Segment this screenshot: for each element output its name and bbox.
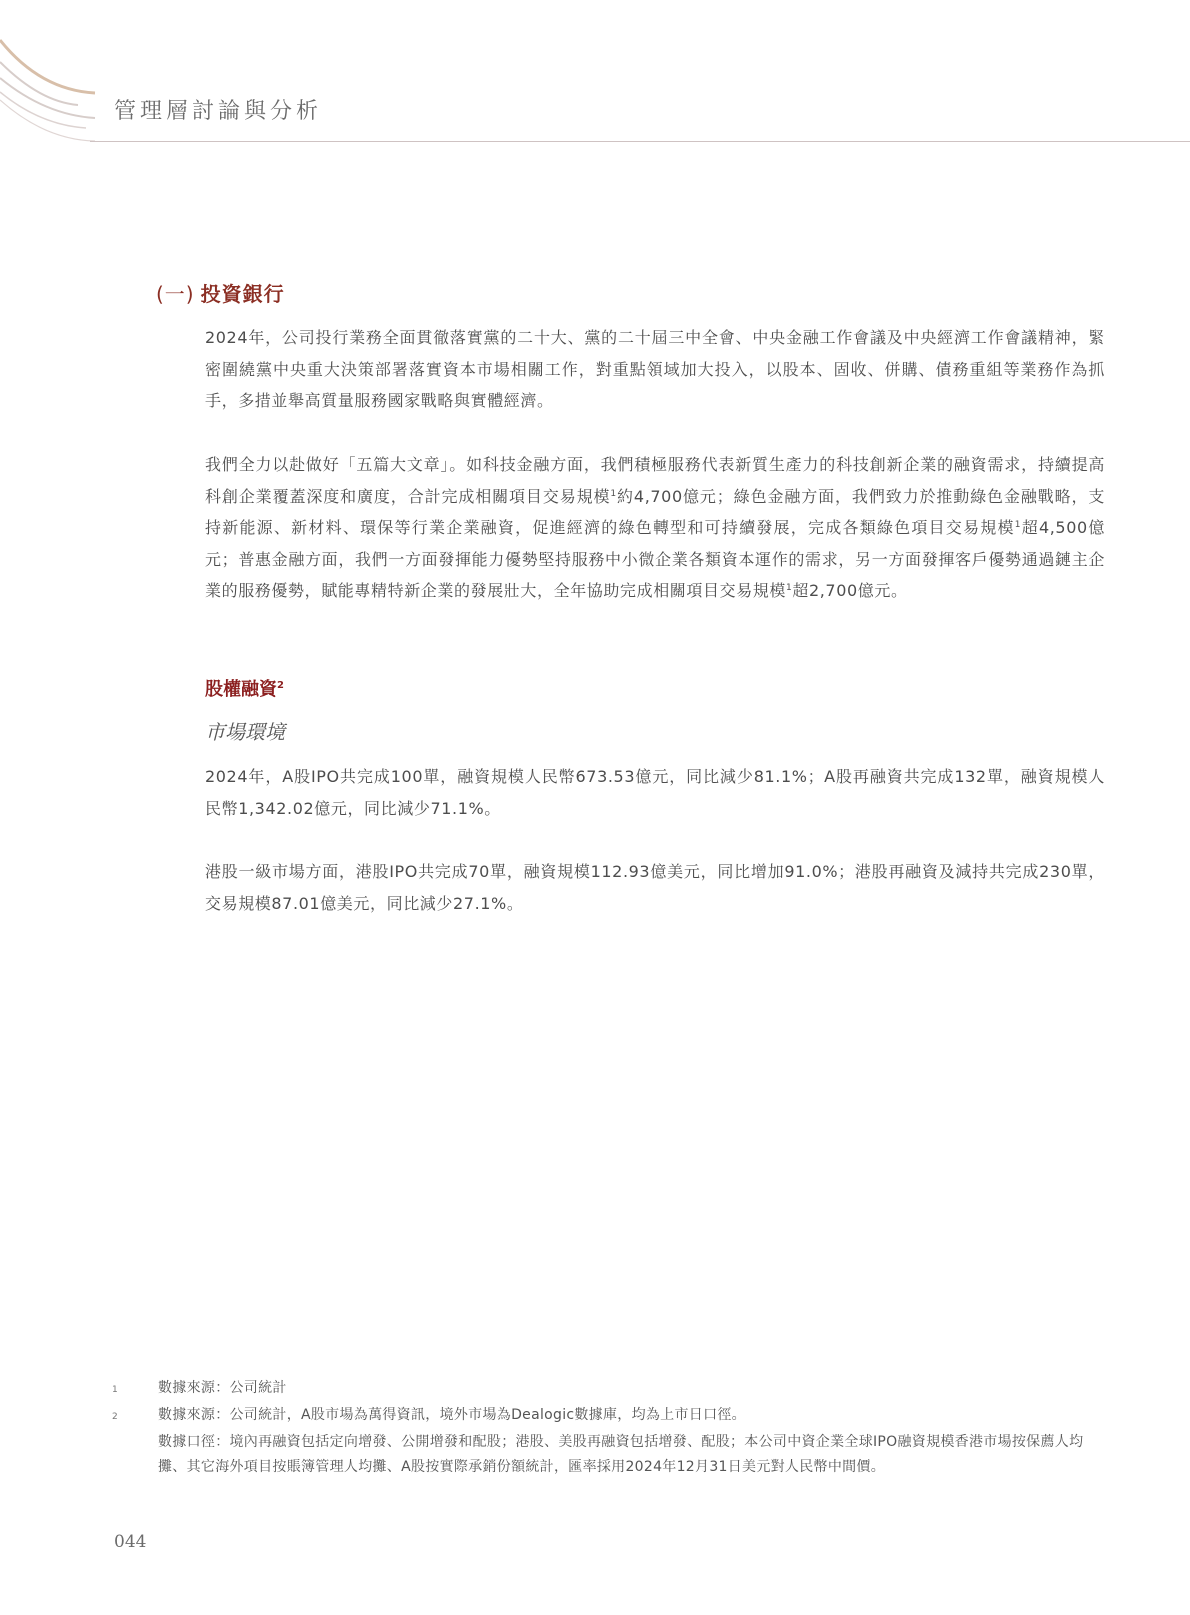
footnote-1: 1 數據來源：公司統計 bbox=[112, 1376, 1107, 1403]
section-title-text: 投資銀行 bbox=[201, 282, 285, 306]
page-header-title: 管理層討論與分析 bbox=[114, 94, 322, 125]
section-title: (一)投資銀行 bbox=[156, 278, 285, 307]
footnote-text: 數據口徑：境內再融資包括定向增發、公開增發和配股；港股、美股再融資包括增發、配股… bbox=[158, 1430, 1107, 1480]
intro-paragraph: 2024年，公司投行業務全面貫徹落實黨的二十大、黨的二十屆三中全會、中央金融工作… bbox=[205, 322, 1105, 417]
footnote-mark: 2 bbox=[112, 1403, 158, 1430]
a-share-paragraph-block: 2024年，A股IPO共完成100單，融資規模人民幣673.53億元，同比減少8… bbox=[205, 761, 1105, 824]
hk-share-paragraph: 港股一級市場方面，港股IPO共完成70單，融資規模112.93億美元，同比增加9… bbox=[205, 856, 1105, 919]
intro-paragraph-block: 2024年，公司投行業務全面貫徹落實黨的二十大、黨的二十屆三中全會、中央金融工作… bbox=[205, 322, 1105, 417]
footnotes: 1 數據來源：公司統計 2 數據來源：公司統計，A股市場為萬得資訊，境外市場為D… bbox=[112, 1376, 1107, 1480]
heading-text: 股權融資 bbox=[205, 679, 277, 700]
hk-share-paragraph-block: 港股一級市場方面，港股IPO共完成70單，融資規模112.93億美元，同比增加9… bbox=[205, 856, 1105, 919]
five-articles-paragraph: 我們全力以赴做好「五篇大文章」。如科技金融方面，我們積極服務代表新質生產力的科技… bbox=[205, 449, 1105, 607]
equity-financing-heading: 股權融資2 bbox=[205, 675, 284, 701]
para-text: 超2,700億元。 bbox=[792, 581, 907, 600]
footnote-2-continued: 數據口徑：境內再融資包括定向增發、公開增發和配股；港股、美股再融資包括增發、配股… bbox=[112, 1430, 1107, 1480]
footnote-text: 數據來源：公司統計 bbox=[158, 1376, 1107, 1403]
five-articles-paragraph-block: 我們全力以赴做好「五篇大文章」。如科技金融方面，我們積極服務代表新質生產力的科技… bbox=[205, 449, 1105, 607]
footnote-mark bbox=[112, 1430, 158, 1480]
section-number: (一) bbox=[156, 282, 195, 306]
decorative-arcs-icon bbox=[0, 0, 300, 160]
a-share-paragraph: 2024年，A股IPO共完成100單，融資規模人民幣673.53億元，同比減少8… bbox=[205, 761, 1105, 824]
footnote-ref: 2 bbox=[277, 680, 284, 691]
page-number: 044 bbox=[114, 1532, 146, 1552]
footnote-2: 2 數據來源：公司統計，A股市場為萬得資訊，境外市場為Dealogic數據庫，均… bbox=[112, 1403, 1107, 1430]
header-divider bbox=[90, 141, 1190, 142]
footnote-mark: 1 bbox=[112, 1376, 158, 1403]
footnote-text: 數據來源：公司統計，A股市場為萬得資訊，境外市場為Dealogic數據庫，均為上… bbox=[158, 1403, 1107, 1430]
market-environment-subheading: 市場環境 bbox=[205, 716, 285, 745]
